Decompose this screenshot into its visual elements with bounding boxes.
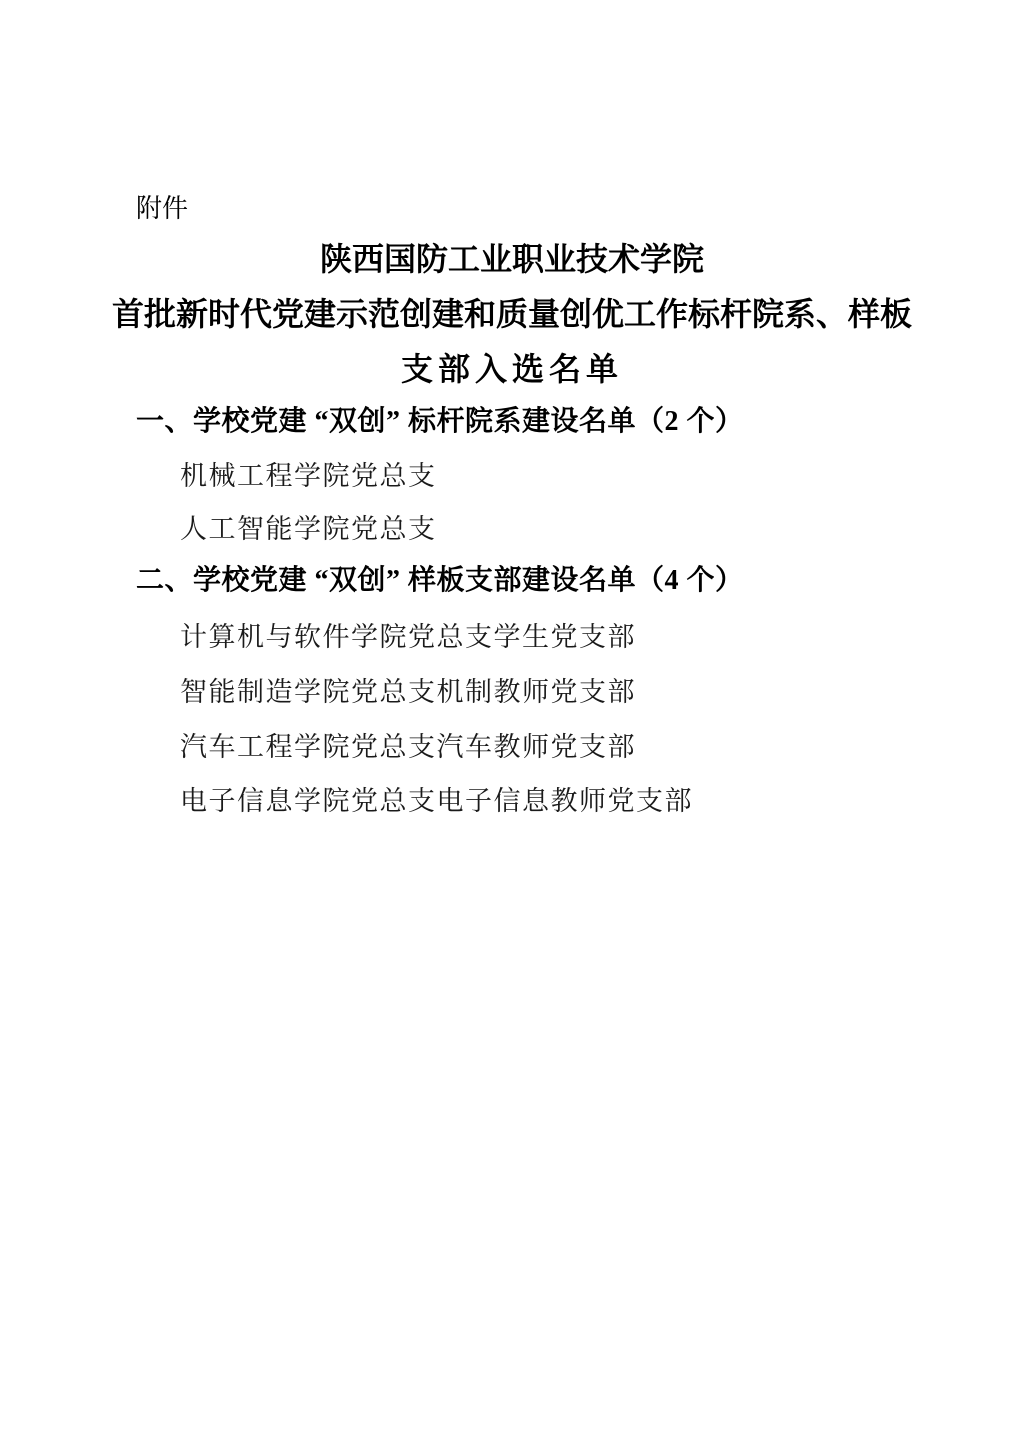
section-2-list-item-4: 电子信息学院党总支电子信息教师党支部 bbox=[180, 784, 693, 818]
section-2-list-item-3: 汽车工程学院党总支汽车教师党支部 bbox=[180, 730, 636, 764]
section-1-list-item-1: 机械工程学院党总支 bbox=[180, 459, 437, 493]
section-2-list-item-1: 计算机与软件学院党总支学生党支部 bbox=[180, 620, 636, 654]
section-1-list-item-2: 人工智能学院党总支 bbox=[180, 512, 437, 546]
section-2-heading: 二、学校党建 “双创” 样板支部建设名单（4 个） bbox=[136, 563, 744, 599]
section-1-heading: 一、学校党建 “双创” 标杆院系建设名单（2 个） bbox=[136, 404, 744, 440]
attachment-label: 附件 bbox=[136, 192, 188, 224]
document-page: 附件 陕西国防工业职业技术学院 首批新时代党建示范创建和质量创优工作标杆院系、样… bbox=[0, 0, 1024, 1448]
document-title-line-3: 支部入选名单 bbox=[0, 348, 1024, 390]
section-2-list-item-2: 智能制造学院党总支机制教师党支部 bbox=[180, 675, 636, 709]
document-title-line-2: 首批新时代党建示范创建和质量创优工作标杆院系、样板 bbox=[0, 293, 1024, 335]
document-title-line-1: 陕西国防工业职业技术学院 bbox=[0, 238, 1024, 280]
